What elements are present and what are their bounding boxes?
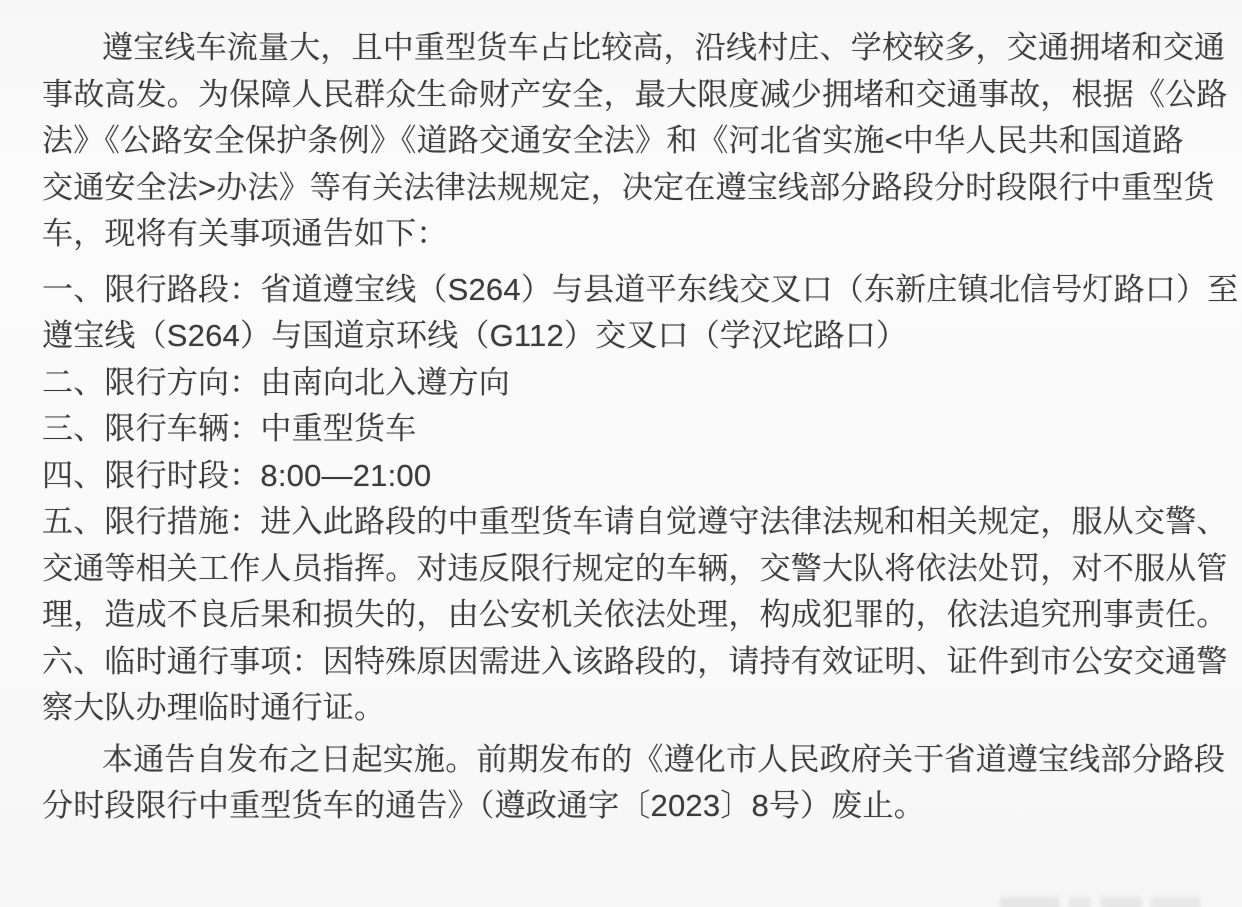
notice-line-item-1: 一、限行路段：省道遵宝线（S264）与县道平东线交叉口（东新庄镇北信号灯路口）至 bbox=[42, 267, 1204, 314]
notice-line: 法》《公路安全保护条例》《道路交通安全法》和《河北省实施<中华人民共和国道路 bbox=[42, 118, 1204, 165]
notice-line: 遵宝线车流量大，且中重型货车占比较高，沿线村庄、学校较多，交通拥堵和交通 bbox=[42, 25, 1204, 72]
notice-line: 车，现将有关事项通告如下： bbox=[42, 211, 1204, 258]
notice-line: 理，造成不良后果和损失的，由公安机关依法处理，构成犯罪的，依法追究刑事责任。 bbox=[42, 592, 1204, 639]
notice-line-item-4: 四、限行时段：8:00—21:00 bbox=[42, 453, 1204, 500]
notice-line: 交通等相关工作人员指挥。对违反限行规定的车辆，交警大队将依法处罚，对不服从管 bbox=[42, 546, 1204, 593]
notice-line: 遵宝线（S264）与国道京环线（G112）交叉口（学汉坨路口） bbox=[42, 313, 1204, 360]
notice-line: 事故高发。为保障人民群众生命财产安全，最大限度减少拥堵和交通事故，根据《公路 bbox=[42, 72, 1204, 119]
notice-line-item-3: 三、限行车辆：中重型货车 bbox=[42, 406, 1204, 453]
notice-line-item-6: 六、临时通行事项：因特殊原因需进入该路段的，请持有效证明、证件到市公安交通警 bbox=[42, 639, 1204, 686]
notice-line-item-5: 五、限行措施：进入此路段的中重型货车请自觉遵守法律法规和相关规定，服从交警、 bbox=[42, 499, 1204, 546]
notice-line: 察大队办理临时通行证。 bbox=[42, 685, 1204, 732]
notice-line: 本通告自发布之日起实施。前期发布的《遵化市人民政府关于省道遵宝线部分路段 bbox=[42, 737, 1204, 784]
notice-line: 分时段限行中重型货车的通告》（遵政通字〔2023〕8号）废止。 bbox=[42, 783, 1204, 830]
document-page: 遵宝线车流量大，且中重型货车占比较高，沿线村庄、学校较多，交通拥堵和交通 事故高… bbox=[0, 0, 1242, 907]
notice-line: 交通安全法>办法》等有关法律法规规定，决定在遵宝线部分路段分时段限行中重型货 bbox=[42, 165, 1204, 212]
cutoff-text-artifact bbox=[1000, 897, 1228, 907]
notice-body: 遵宝线车流量大，且中重型货车占比较高，沿线村庄、学校较多，交通拥堵和交通 事故高… bbox=[0, 0, 1242, 830]
notice-line-item-2: 二、限行方向：由南向北入遵方向 bbox=[42, 360, 1204, 407]
